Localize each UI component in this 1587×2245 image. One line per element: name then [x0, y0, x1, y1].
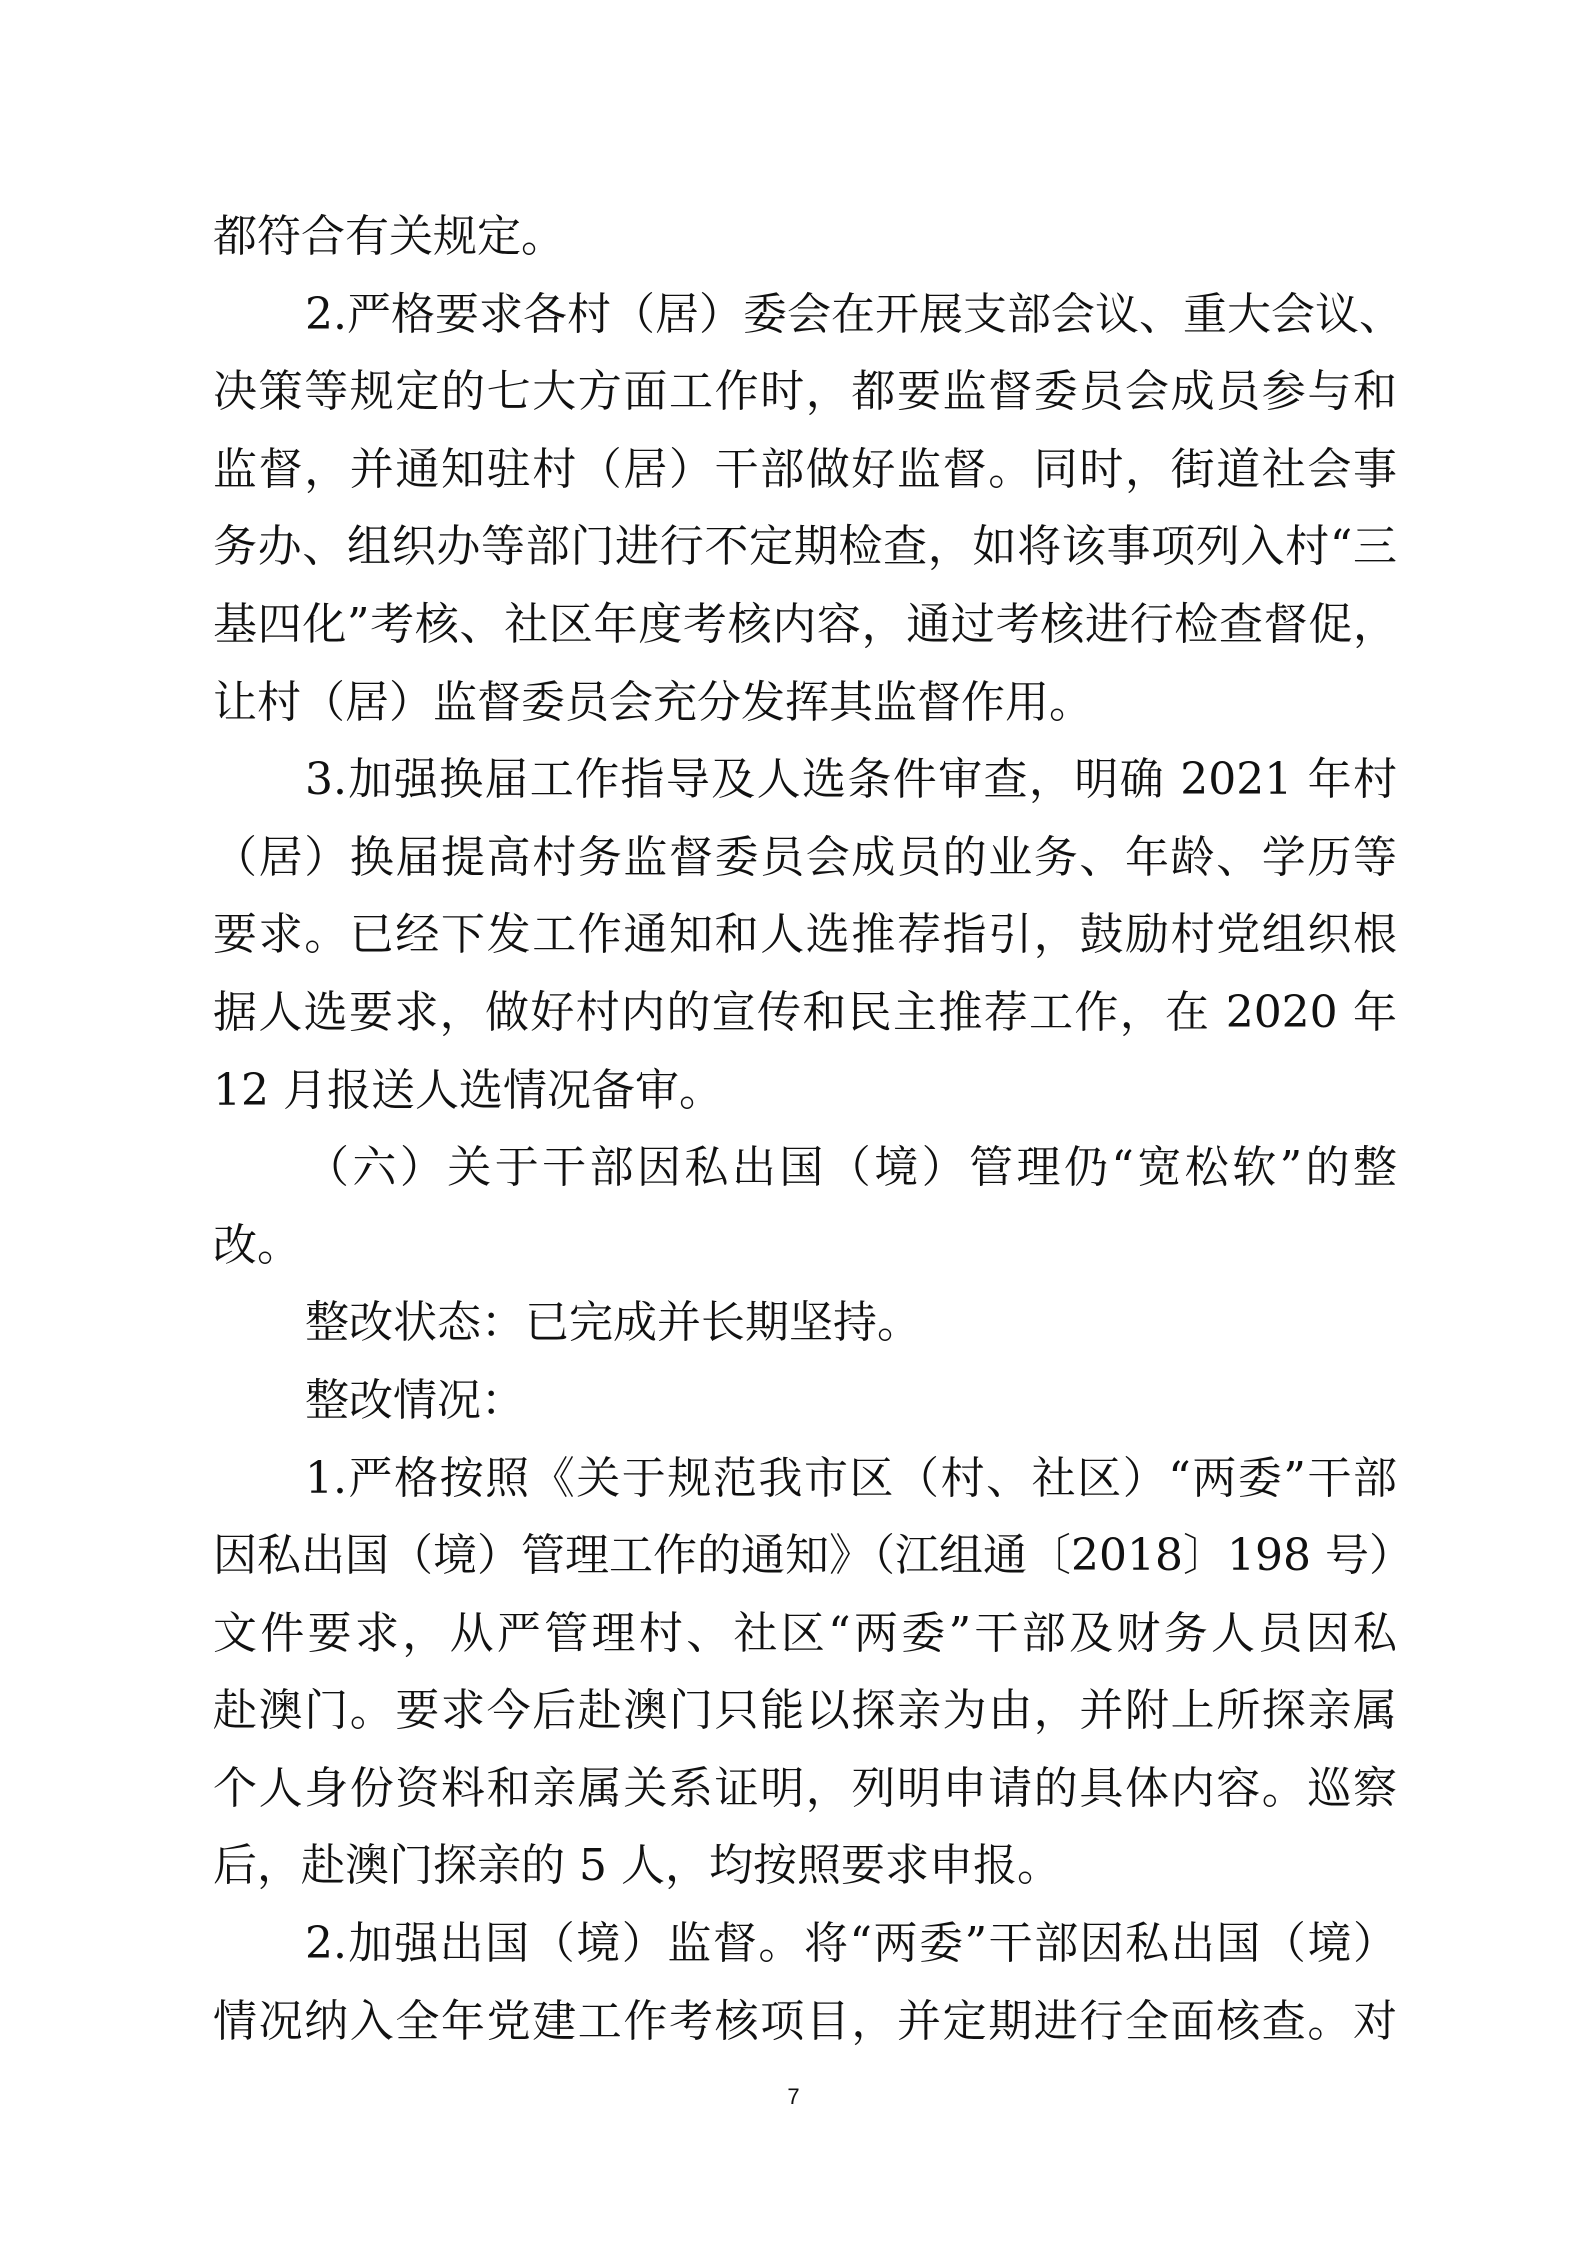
text-line: 都符合有关规定。: [213, 198, 1397, 276]
body-text: 都符合有关规定。2.严格要求各村（居）委会在开展支部会议、重大会议、决策等规定的…: [213, 198, 1397, 2060]
document-page: 都符合有关规定。2.严格要求各村（居）委会在开展支部会议、重大会议、决策等规定的…: [0, 0, 1587, 2245]
text-line: 改。: [213, 1207, 1397, 1285]
page-number: 7: [0, 2084, 1587, 2110]
text-line: 整改状态：已完成并长期坚持。: [213, 1284, 1397, 1362]
text-line: 情况纳入全年党建工作考核项目，并定期进行全面核查。对: [213, 1983, 1397, 2061]
text-line: 赴澳门。要求今后赴澳门只能以探亲为由，并附上所探亲属: [213, 1672, 1397, 1750]
text-line: （六）关于干部因私出国（境）管理仍“宽松软”的整: [213, 1129, 1397, 1207]
text-line: 让村（居）监督委员会充分发挥其监督作用。: [213, 664, 1397, 742]
text-line: 基四化”考核、社区年度考核内容，通过考核进行检查督促，: [213, 586, 1397, 664]
text-line: 12 月报送人选情况备审。: [213, 1052, 1397, 1130]
text-line: 个人身份资料和亲属关系证明，列明申请的具体内容。巡察: [213, 1750, 1397, 1828]
text-line: 因私出国（境）管理工作的通知》（江组通〔2018〕198 号）: [213, 1517, 1397, 1595]
text-line: 后，赴澳门探亲的 5 人，均按照要求申报。: [213, 1827, 1397, 1905]
text-line: 2.严格要求各村（居）委会在开展支部会议、重大会议、: [213, 276, 1397, 354]
text-line: 决策等规定的七大方面工作时，都要监督委员会成员参与和: [213, 353, 1397, 431]
text-line: 务办、组织办等部门进行不定期检查，如将该事项列入村“三: [213, 508, 1397, 586]
text-line: 2.加强出国（境）监督。将“两委”干部因私出国（境）: [213, 1905, 1397, 1983]
text-line: 要求。已经下发工作通知和人选推荐指引，鼓励村党组织根: [213, 896, 1397, 974]
text-line: 1.严格按照《关于规范我市区（村、社区）“两委”干部: [213, 1440, 1397, 1518]
text-line: （居）换届提高村务监督委员会成员的业务、年龄、学历等: [213, 819, 1397, 897]
text-line: 据人选要求，做好村内的宣传和民主推荐工作，在 2020 年: [213, 974, 1397, 1052]
text-line: 监督，并通知驻村（居）干部做好监督。同时，街道社会事: [213, 431, 1397, 509]
text-line: 文件要求，从严管理村、社区“两委”干部及财务人员因私: [213, 1595, 1397, 1673]
text-line: 3.加强换届工作指导及人选条件审查，明确 2021 年村: [213, 741, 1397, 819]
text-line: 整改情况：: [213, 1362, 1397, 1440]
